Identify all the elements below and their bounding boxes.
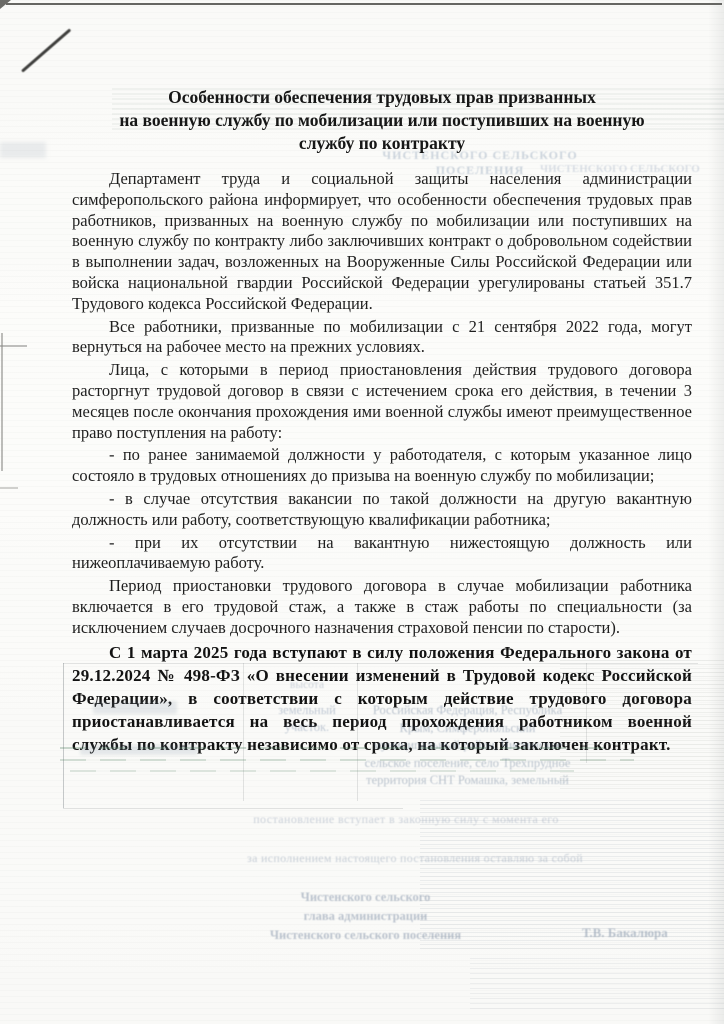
title-line-2: на военную службу по мобилизации или пос… bbox=[72, 109, 692, 132]
paragraph-priority-right: Лица, с которыми в период приостановлени… bbox=[72, 360, 692, 443]
list-item-lower-position: - при их отсутствии на вакантную нижесто… bbox=[72, 533, 692, 575]
paragraph-law-2025: С 1 марта 2025 года вступают в силу поло… bbox=[72, 641, 692, 757]
list-item-vacant-position: - в случае отсутствия вакансии по такой … bbox=[72, 489, 692, 531]
left-margin-dash bbox=[0, 487, 18, 489]
scanned-document-page: ЧИСТЕНСКОГО СЕЛЬСКОГО ПОСЕЛЕНИЯ ЧИСТЕНСК… bbox=[0, 0, 724, 1024]
document-title: Особенности обеспечения трудовых прав пр… bbox=[72, 86, 692, 155]
ghost-cell-line: территория СНТ Ромашка, земельный bbox=[360, 772, 575, 790]
ghost-enactment-line: постановление вступает в законную силу с… bbox=[150, 812, 662, 827]
scan-streak-green bbox=[70, 770, 574, 772]
paragraph-seniority: Период приостановки трудового договора в… bbox=[72, 576, 692, 638]
paragraph-intro: Департамент труда и социальной защиты на… bbox=[72, 169, 692, 315]
document-text-column: Особенности обеспечения трудовых прав пр… bbox=[72, 86, 692, 759]
ghost-signature-line: Чистенского сельского bbox=[248, 888, 483, 907]
pen-check-mark bbox=[21, 28, 71, 72]
scan-streak-green bbox=[60, 759, 634, 761]
bleedthrough-smudge-left bbox=[0, 142, 46, 158]
right-edge-shade bbox=[708, 0, 724, 1024]
scan-streaks-right bbox=[470, 958, 724, 1013]
scan-streaks-right bbox=[420, 800, 724, 950]
ghost-control-line: за исполнением настоящего постановления … bbox=[168, 851, 662, 866]
title-line-3: службу по контракту bbox=[72, 132, 692, 155]
left-margin-dash bbox=[0, 345, 27, 347]
list-item-former-position: - по ранее занимаемой должности у работо… bbox=[72, 445, 692, 487]
ghost-table-border-bottom bbox=[63, 808, 403, 809]
scan-corner-mark bbox=[0, 0, 11, 9]
paragraph-return-right: Все работники, призванные по мобилизации… bbox=[72, 317, 692, 359]
document-body: Департамент труда и социальной защиты на… bbox=[72, 169, 692, 757]
scan-top-edge-line bbox=[6, 3, 722, 5]
left-edge-line bbox=[1, 333, 3, 471]
ghost-signature-line: Чистенского сельского поселения bbox=[248, 926, 483, 945]
ghost-signature-line: глава администрации bbox=[248, 907, 483, 926]
title-line-1: Особенности обеспечения трудовых прав пр… bbox=[72, 86, 692, 109]
ghost-signature-title: Чистенского сельского глава администраци… bbox=[248, 888, 483, 945]
ghost-signature-name: Т.В. Бакалюра bbox=[582, 925, 692, 941]
ghost-table-border-left bbox=[63, 663, 64, 808]
